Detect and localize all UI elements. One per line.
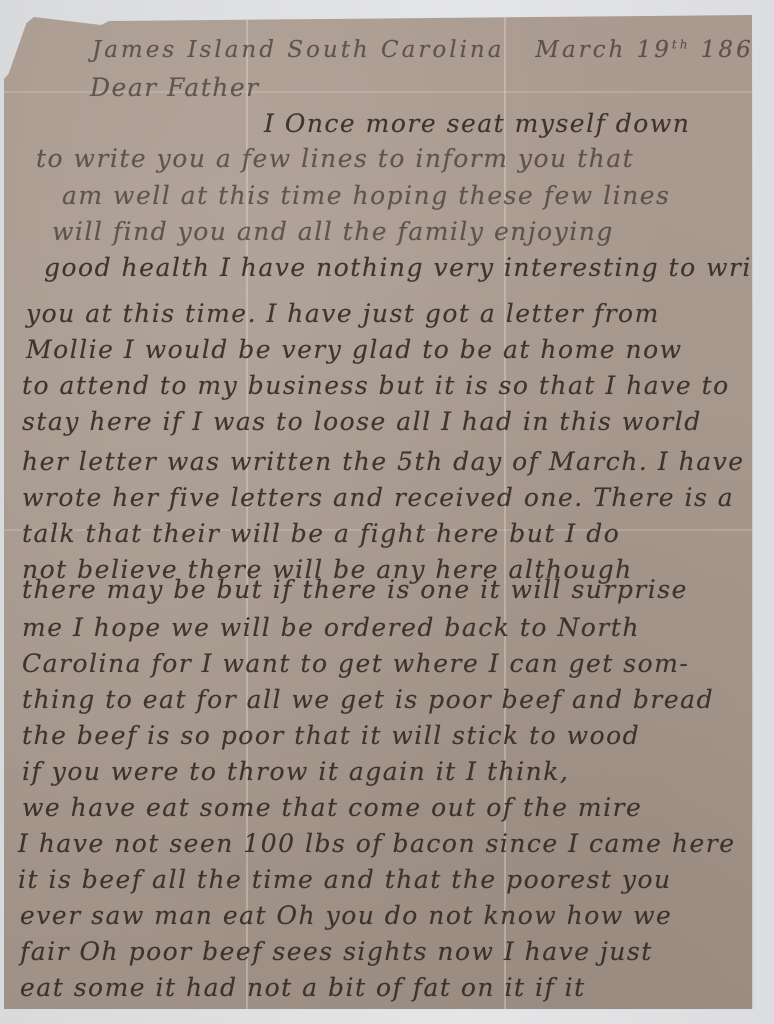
letter-line: Carolina for I want to get where I can g… xyxy=(22,649,689,678)
heading-year: 1863 xyxy=(701,37,772,63)
letter-line: stay here if I was to loose all I had in… xyxy=(22,407,702,436)
letter-line: ever saw man eat Oh you do not know how … xyxy=(20,901,672,930)
letter-line: talk that their will be a fight here but… xyxy=(22,519,620,548)
letter-line: to attend to my business but it is so th… xyxy=(22,371,730,400)
letter-line: Mollie I would be very glad to be at hom… xyxy=(26,335,683,364)
heading-date: March 19 xyxy=(535,37,672,63)
salutation: Dear Father xyxy=(90,73,260,102)
letter-line: her letter was written the 5th day of Ma… xyxy=(22,447,745,476)
letter-line: will find you and all the family enjoyin… xyxy=(52,217,614,246)
letter-line: there may be but if there is one it will… xyxy=(22,575,688,604)
letter-line: if you were to throw it again it I think… xyxy=(22,757,569,786)
letter-line: me I hope we will be ordered back to Nor… xyxy=(22,613,640,642)
letter-line: we have eat some that come out of the mi… xyxy=(22,793,642,822)
letter-line: good health I have nothing very interest… xyxy=(44,253,774,282)
letter-line: fair Oh poor beef sees sights now I have… xyxy=(20,937,653,966)
letter-line: I Once more seat myself down xyxy=(264,109,690,138)
letter-line: thing to eat for all we get is poor beef… xyxy=(22,685,714,714)
photo-stage: James Island South Carolina March 19th 1… xyxy=(0,0,774,1024)
letter-line: to write you a few lines to inform you t… xyxy=(36,144,634,173)
letter-line: I have not seen 100 lbs of bacon since I… xyxy=(18,829,736,858)
letter-paper: James Island South Carolina March 19th 1… xyxy=(4,9,752,1009)
letter-heading: James Island South Carolina March 19th 1… xyxy=(92,37,771,63)
heading-date-ordinal: th xyxy=(672,37,691,51)
letter-line: wrote her five letters and received one.… xyxy=(22,483,734,512)
letter-line: you at this time. I have just got a lett… xyxy=(26,299,660,328)
heading-place: James Island South Carolina xyxy=(92,37,504,63)
letter-line: the beef is so poor that it will stick t… xyxy=(22,721,640,750)
letter-line: it is beef all the time and that the poo… xyxy=(18,865,672,894)
letter-line: eat some it had not a bit of fat on it i… xyxy=(20,973,586,1002)
letter-line: am well at this time hoping these few li… xyxy=(62,181,670,210)
